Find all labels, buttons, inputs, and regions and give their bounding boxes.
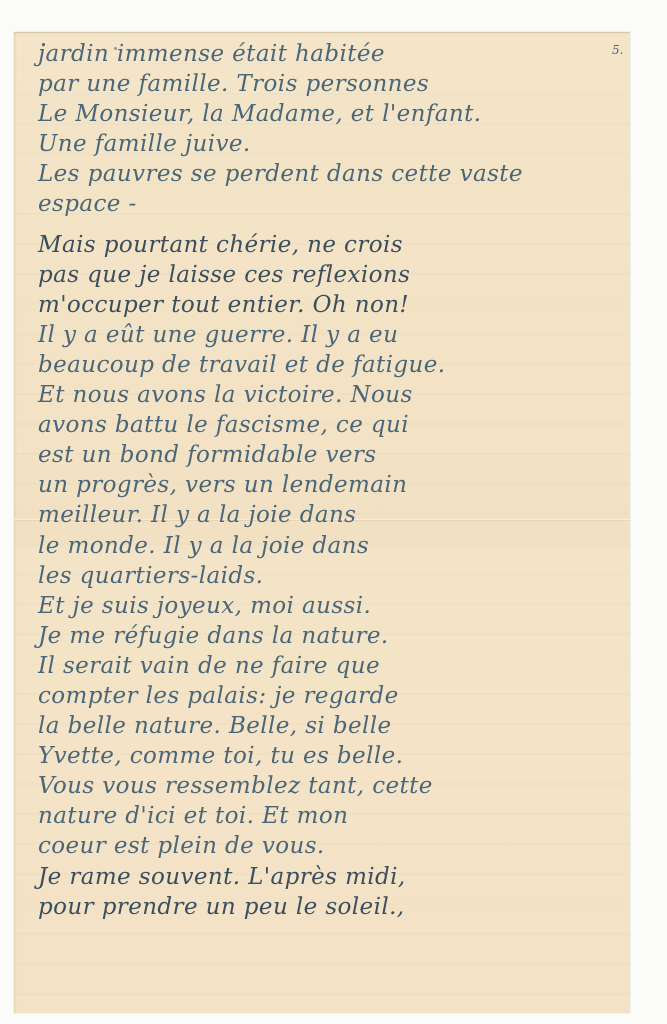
scanned-letter: 5. jardin immense était habitée par une … xyxy=(0,0,667,1024)
letter-line: avons battu le fascisme, ce qui xyxy=(38,410,618,440)
letter-line: les quartiers-laids. xyxy=(38,561,618,591)
letter-line: Vous vous ressemblez tant, cette xyxy=(38,771,618,801)
letter-line: Je rame souvent. L'après midi, xyxy=(38,862,618,892)
letter-line: coeur est plein de vous. xyxy=(38,831,618,861)
paper-sheet: 5. jardin immense était habitée par une … xyxy=(14,32,630,1013)
letter-line: pour prendre un peu le soleil., xyxy=(38,892,618,922)
letter-line: Il y a eût une guerre. Il y a eu xyxy=(38,320,618,350)
letter-body: jardin immense était habitée par une fam… xyxy=(38,39,618,922)
letter-line: Les pauvres se perdent dans cette vaste xyxy=(38,159,618,189)
letter-line: nature d'ici et toi. Et mon xyxy=(38,801,618,831)
letter-line: Mais pourtant chérie, ne crois xyxy=(38,230,618,260)
letter-line: espace - xyxy=(38,189,618,219)
letter-line: Il serait vain de ne faire que xyxy=(38,651,618,681)
letter-line: Une famille juive. xyxy=(38,129,618,159)
letter-line: par une famille. Trois personnes xyxy=(38,69,618,99)
letter-line: m'occuper tout entier. Oh non! xyxy=(38,290,618,320)
letter-line: Et je suis joyeux, moi aussi. xyxy=(38,591,618,621)
letter-line: Et nous avons la victoire. Nous xyxy=(38,380,618,410)
letter-line: la belle nature. Belle, si belle xyxy=(38,711,618,741)
letter-line: Je me réfugie dans la nature. xyxy=(38,621,618,651)
letter-line: Yvette, comme toi, tu es belle. xyxy=(38,741,618,771)
letter-line: Le Monsieur, la Madame, et l'enfant. xyxy=(38,99,618,129)
letter-line: est un bond formidable vers xyxy=(38,440,618,470)
letter-line: compter les palais: je regarde xyxy=(38,681,618,711)
letter-line: pas que je laisse ces reflexions xyxy=(38,260,618,290)
letter-line: un progrès, vers un lendemain xyxy=(38,470,618,500)
letter-line: beaucoup de travail et de fatigue. xyxy=(38,350,618,380)
letter-line: meilleur. Il y a la joie dans xyxy=(38,500,618,530)
letter-line: le monde. Il y a la joie dans xyxy=(38,531,618,561)
letter-line: jardin immense était habitée xyxy=(38,39,618,69)
